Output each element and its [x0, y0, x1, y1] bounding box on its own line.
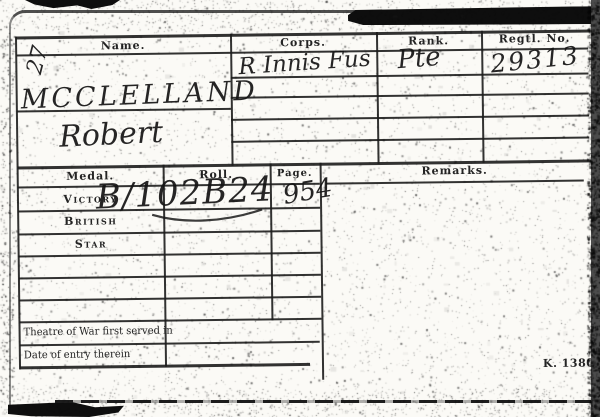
form-reference: K. 1380 — [543, 356, 593, 370]
medal-index-card: Name. Corps. Rank. Regtl. No. 27 MCCLELL… — [0, 0, 600, 417]
grid-line — [20, 341, 320, 347]
theatre-of-war-label: Theatre of War first served in — [24, 325, 173, 339]
handwritten-regtl-no: 29313 — [489, 43, 581, 77]
remarks-header: Remarks. — [326, 163, 584, 179]
card-content: Name. Corps. Rank. Regtl. No. 27 MCCLELL… — [0, 0, 600, 417]
grid-line — [231, 92, 589, 98]
grid-line — [19, 296, 321, 302]
grid-line — [19, 252, 321, 258]
grid-line — [326, 180, 584, 185]
handwritten-number: 27 — [24, 44, 52, 77]
scan-artifact-right-band — [591, 0, 600, 417]
card-bottom-edge — [55, 400, 600, 403]
grid-line — [19, 318, 321, 324]
handwritten-page-number: 954 — [281, 175, 334, 209]
date-of-entry-label: Date of entry therein — [24, 348, 131, 361]
grid-line — [18, 230, 320, 236]
grid-line — [19, 274, 321, 280]
medal-row-star: Star — [18, 237, 163, 252]
ditto-curve-mark — [150, 206, 265, 225]
grid-line — [231, 114, 589, 120]
handwritten-rank: Pte — [396, 44, 441, 73]
handwritten-forename: Robert — [59, 118, 164, 153]
medal-row-british: British — [18, 214, 163, 229]
grid-line — [231, 136, 589, 142]
